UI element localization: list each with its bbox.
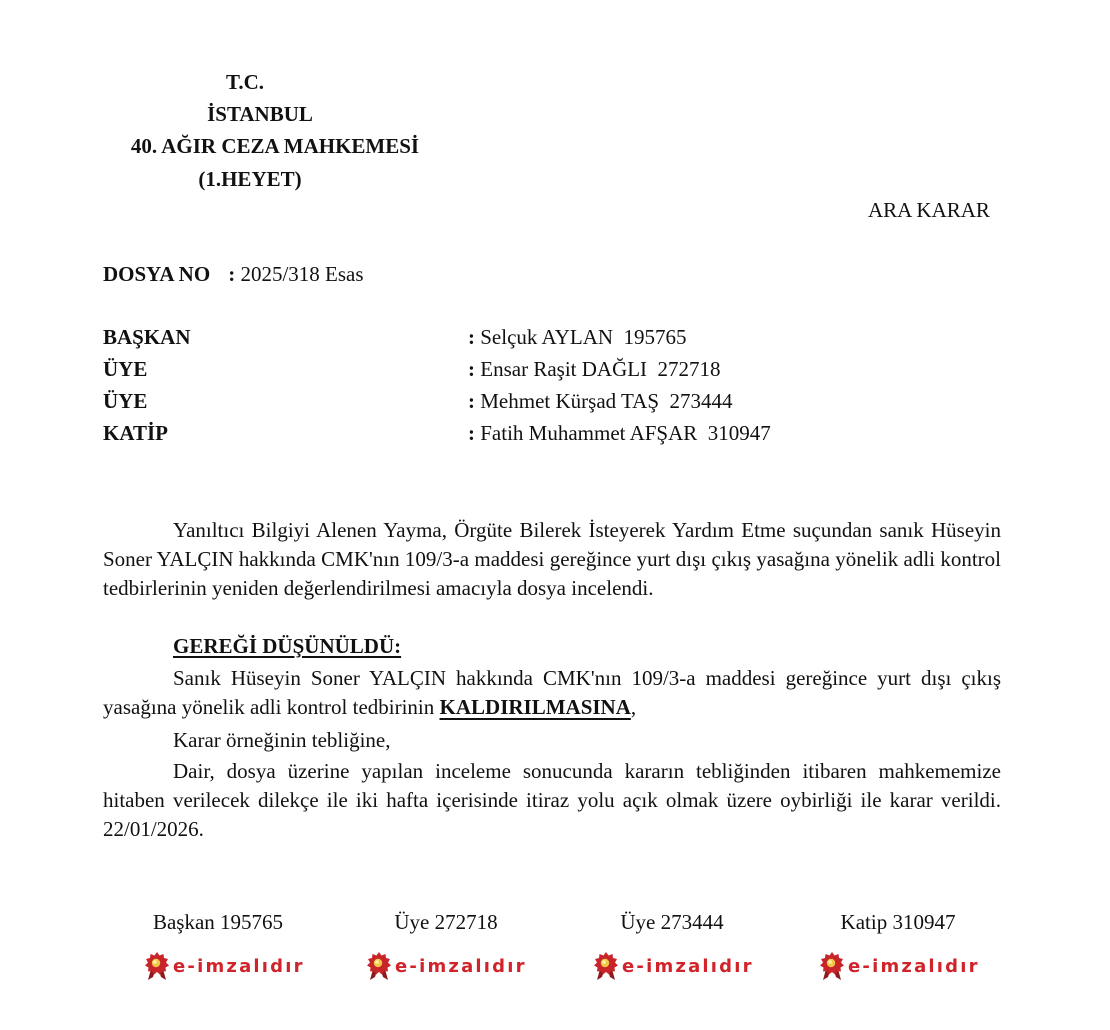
e-signature-badge: e-imzalıdır [819, 950, 980, 982]
signature-label: Başkan 195765 [118, 910, 318, 935]
panel-name-text: Selçuk AYLAN 195765 [480, 325, 686, 349]
seal-icon [366, 951, 392, 981]
panel-role: KATİP [103, 421, 168, 446]
panel-name: : Mehmet Kürşad TAŞ 273444 [468, 389, 733, 414]
header-court: 40. AĞIR CEZA MAHKEMESİ [104, 132, 446, 160]
seal-icon [593, 951, 619, 981]
panel-role: BAŞKAN [103, 325, 191, 350]
panel-role: ÜYE [103, 357, 147, 382]
header-panel: (1.HEYET) [185, 165, 315, 193]
panel-name: : Ensar Raşit DAĞLI 272718 [468, 357, 721, 382]
e-signature-badge: e-imzalıdır [593, 950, 754, 982]
header-tc: T.C. [205, 68, 285, 96]
seal-icon [144, 951, 170, 981]
decision-heading: GEREĞİ DÜŞÜNÜLDÜ: [173, 632, 401, 661]
panel-role: ÜYE [103, 389, 147, 414]
e-signature-text: e-imzalıdır [395, 956, 527, 977]
e-signature-text: e-imzalıdır [173, 956, 305, 977]
document-type: ARA KARAR [868, 198, 990, 223]
closing-paragraph: Dair, dosya üzerine yapılan inceleme son… [103, 757, 1001, 844]
file-number-label: DOSYA NO [103, 262, 210, 286]
intro-paragraph: Yanıltıcı Bilgiyi Alenen Yayma, Örgüte B… [103, 516, 1001, 603]
e-signature-badge: e-imzalıdır [144, 950, 305, 982]
header-city: İSTANBUL [180, 100, 340, 128]
e-signature-badge: e-imzalıdır [366, 950, 527, 982]
decision-emphasis: KALDIRILMASINA [440, 695, 631, 719]
panel-name-text: Mehmet Kürşad TAŞ 273444 [480, 389, 732, 413]
decision-heading-text: GEREĞİ DÜŞÜNÜLDÜ: [173, 634, 401, 658]
file-number-row: DOSYA NO: 2025/318 Esas [103, 262, 364, 287]
panel-name-text: Fatih Muhammet AFŞAR 310947 [480, 421, 771, 445]
panel-name: : Fatih Muhammet AFŞAR 310947 [468, 421, 771, 446]
panel-name: : Selçuk AYLAN 195765 [468, 325, 687, 350]
decision-paragraph: Sanık Hüseyin Soner YALÇIN hakkında CMK'… [103, 664, 1001, 722]
e-signature-text: e-imzalıdır [848, 956, 980, 977]
e-signature-text: e-imzalıdır [622, 956, 754, 977]
signature-label: Katip 310947 [798, 910, 998, 935]
panel-name-text: Ensar Raşit DAĞLI 272718 [480, 357, 720, 381]
signature-label: Üye 273444 [572, 910, 772, 935]
signature-label: Üye 272718 [346, 910, 546, 935]
file-number-colon: : [228, 262, 235, 286]
seal-icon [819, 951, 845, 981]
file-number-value: 2025/318 Esas [240, 262, 363, 286]
notification-paragraph: Karar örneğinin tebliğine, [103, 726, 1001, 755]
decision-comma: , [631, 695, 636, 719]
